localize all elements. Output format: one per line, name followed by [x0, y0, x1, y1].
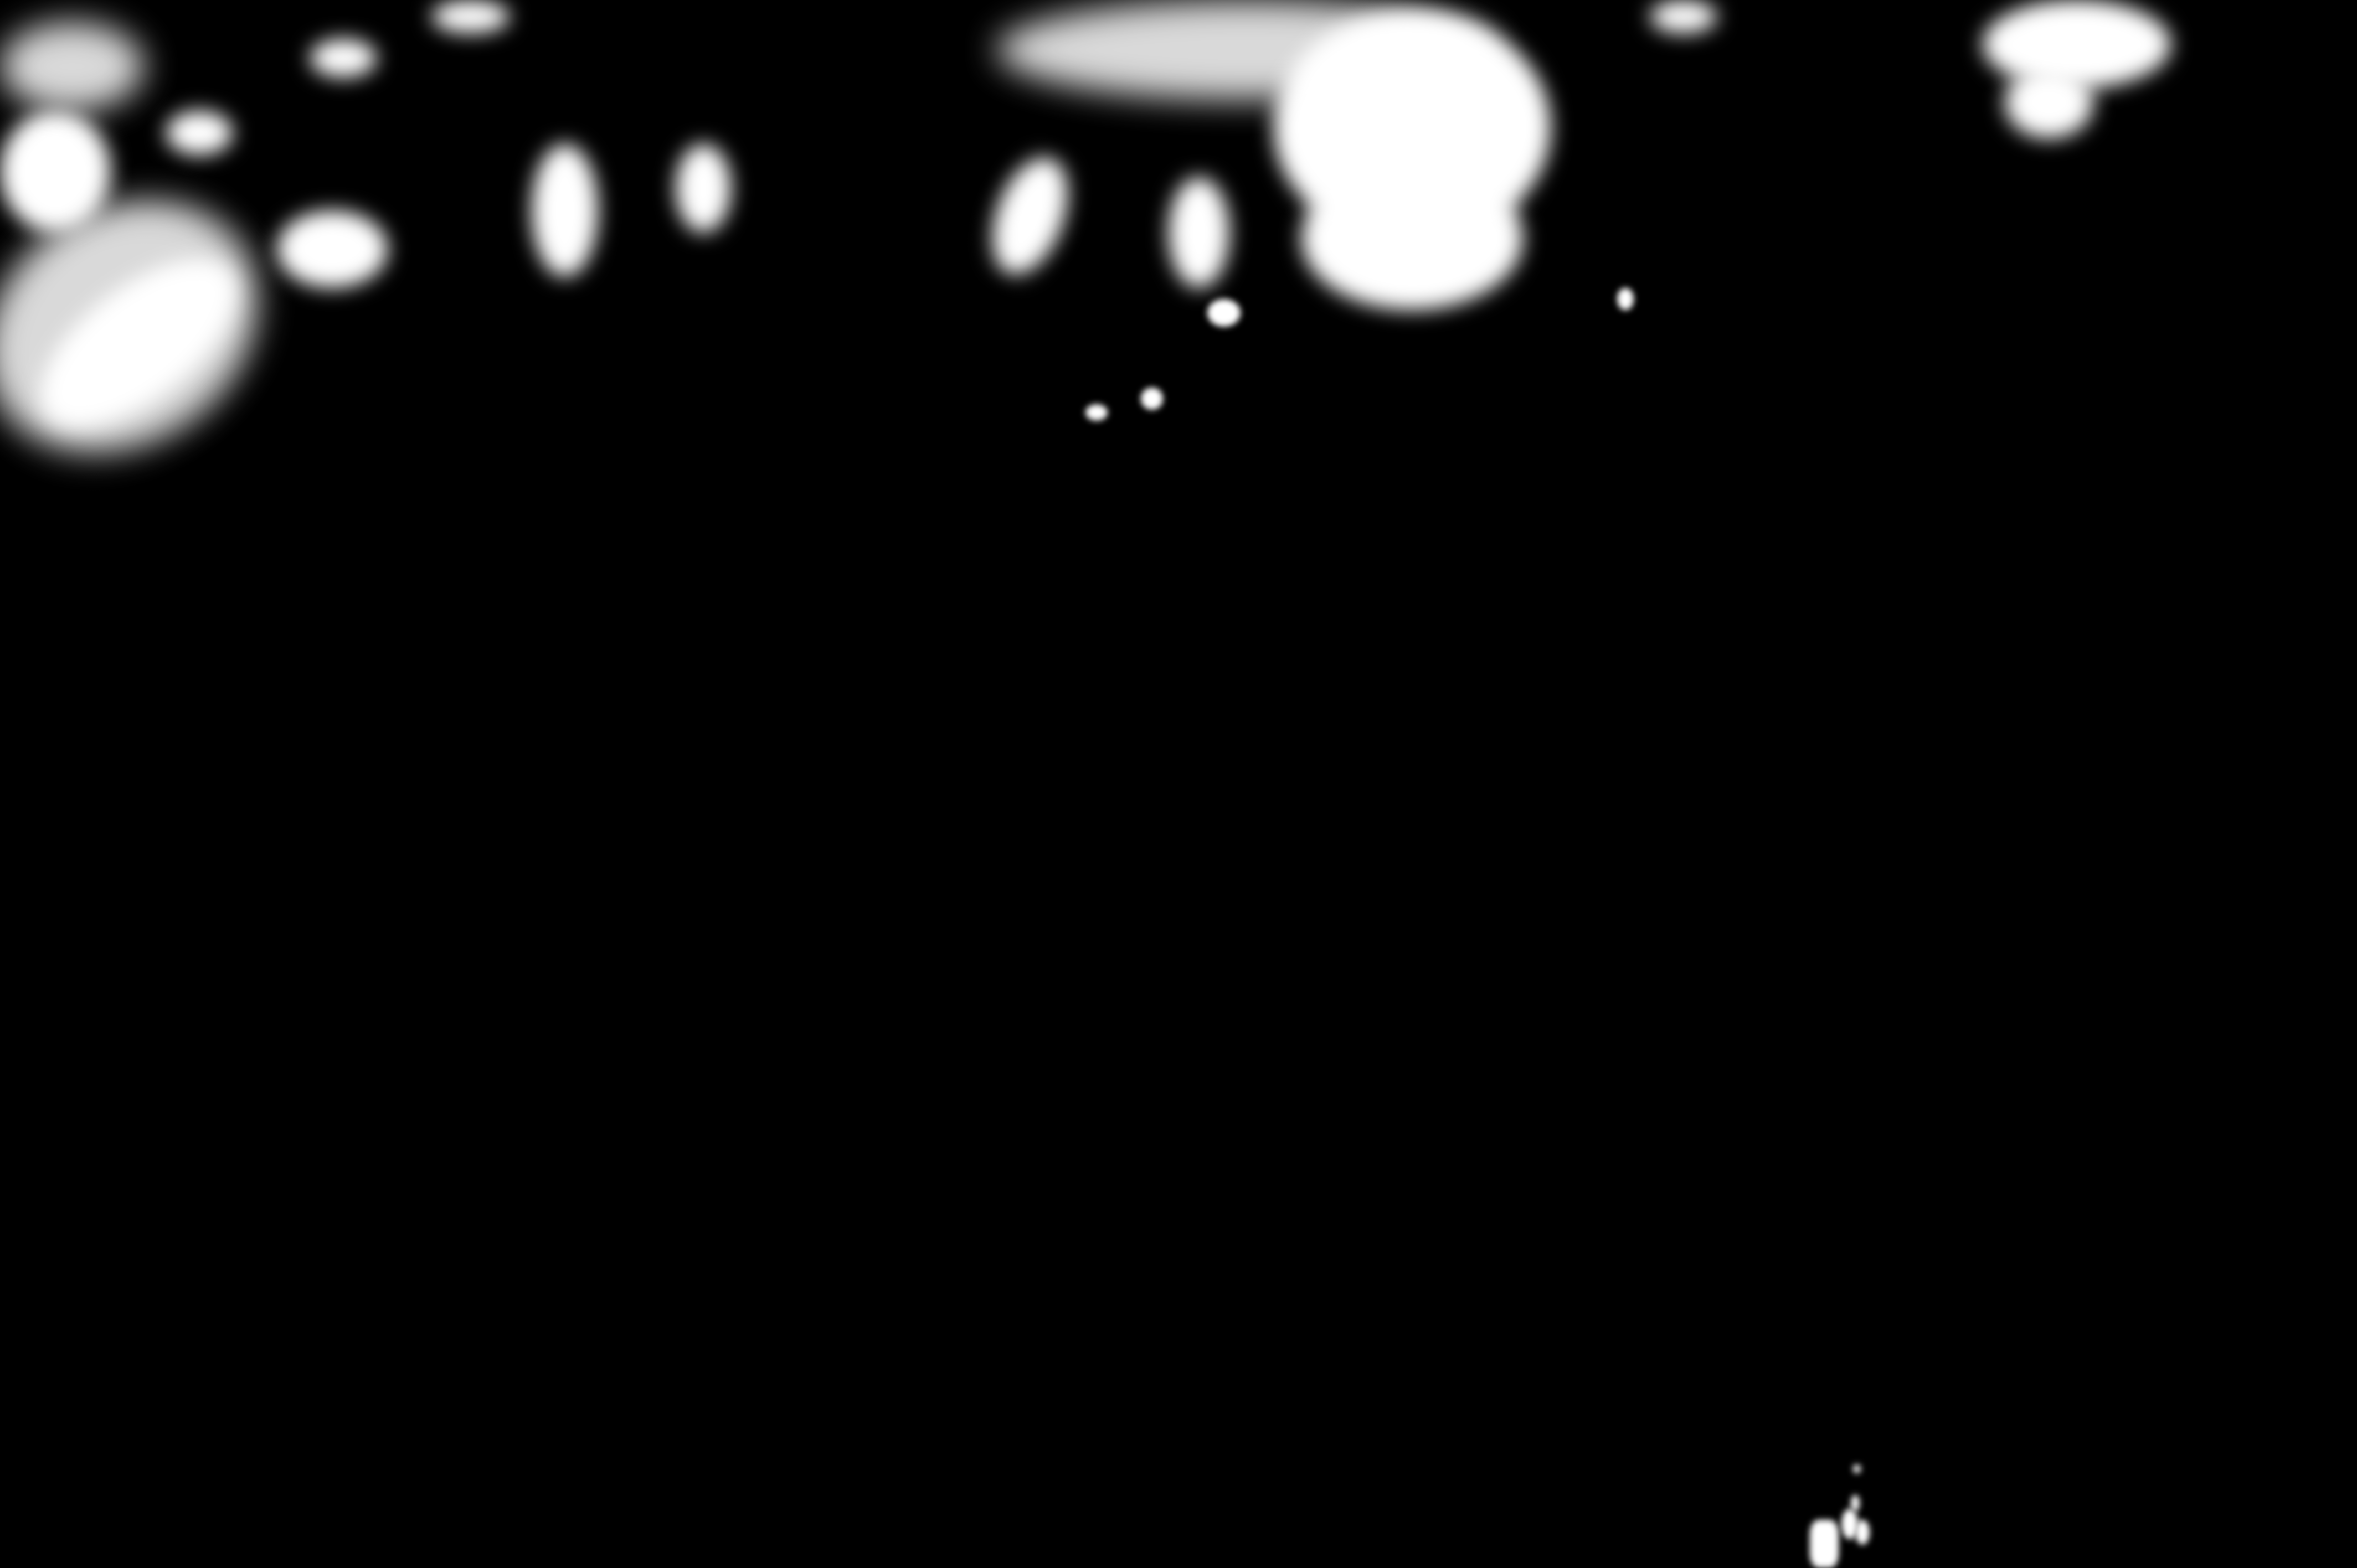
sky-highlight: [532, 144, 598, 277]
sky-highlight: [310, 39, 377, 78]
small-highlight: [1851, 1495, 1860, 1512]
sky-highlight: [0, 22, 144, 111]
sky-highlight: [1085, 404, 1108, 421]
sky-highlight: [1169, 177, 1229, 288]
small-highlight: [1810, 1520, 1839, 1568]
sky-highlight: [1617, 288, 1634, 310]
sky-highlight: [676, 144, 731, 233]
sky-highlight: [1141, 388, 1163, 410]
sky-highlight: [166, 111, 233, 155]
photograph: High-contrast, mostly black natural phot…: [0, 0, 2357, 1568]
sky-highlight: [2005, 66, 2093, 138]
small-highlight: [1855, 1520, 1870, 1545]
image-description: High-contrast, mostly black natural phot…: [0, 0, 1, 1]
sky-highlight: [1650, 0, 1717, 33]
small-highlight: [1853, 1464, 1861, 1473]
sky-highlight: [277, 210, 388, 288]
sky-highlight: [0, 111, 111, 233]
sky-highlight: [1301, 166, 1523, 310]
sky-highlight: [432, 0, 510, 33]
sky-highlight: [1207, 299, 1241, 327]
sky-highlight: [978, 147, 1082, 285]
